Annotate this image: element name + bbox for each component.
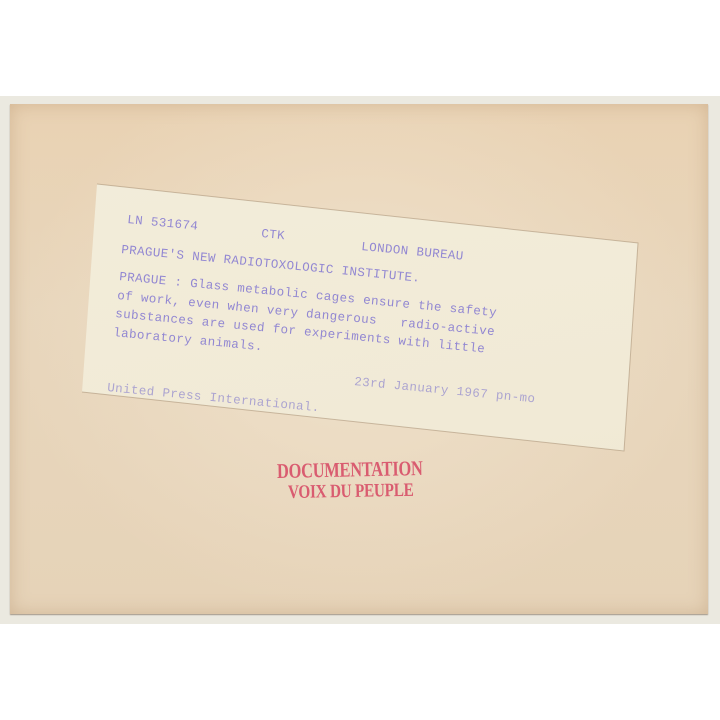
archive-stamp-line2: VOIX DU PEUPLE: [288, 480, 414, 504]
agency-code: CTK: [261, 227, 286, 243]
